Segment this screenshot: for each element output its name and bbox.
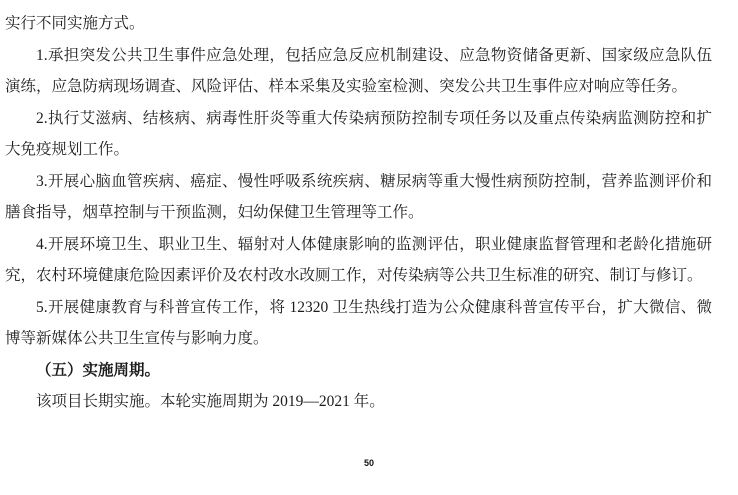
item-5-health-education-publicity: 5.开展健康教育与科普宣传工作，将 12320 卫生热线打造为公众健康科普宣传平…	[5, 292, 712, 355]
document-page: 实行不同实施方式。 1.承担突发公共卫生事件应急处理，包括应急反应机制建设、应急…	[0, 0, 738, 495]
page-number: 50	[0, 458, 738, 468]
implementation-cycle-text: 该项目长期实施。本轮实施周期为 2019—2021 年。	[5, 386, 712, 418]
section-heading-implementation-cycle: （五）实施周期。	[5, 355, 712, 387]
item-2-infectious-disease-control: 2.执行艾滋病、结核病、病毒性肝炎等重大传染病预防控制专项任务以及重点传染病监测…	[5, 103, 712, 166]
document-body: 实行不同实施方式。 1.承担突发公共卫生事件应急处理，包括应急反应机制建设、应急…	[0, 0, 738, 418]
item-4-environmental-occupational-health: 4.开展环境卫生、职业卫生、辐射对人体健康影响的监测评估，职业健康监督管理和老龄…	[5, 229, 712, 292]
item-1-emergency-response: 1.承担突发公共卫生事件应急处理，包括应急反应机制建设、应急物资储备更新、国家级…	[5, 40, 712, 103]
item-3-chronic-disease-prevention: 3.开展心脑血管疾病、癌症、慢性呼吸系统疾病、糖尿病等重大慢性病预防控制，营养监…	[5, 166, 712, 229]
continued-sentence: 实行不同实施方式。	[5, 8, 712, 40]
